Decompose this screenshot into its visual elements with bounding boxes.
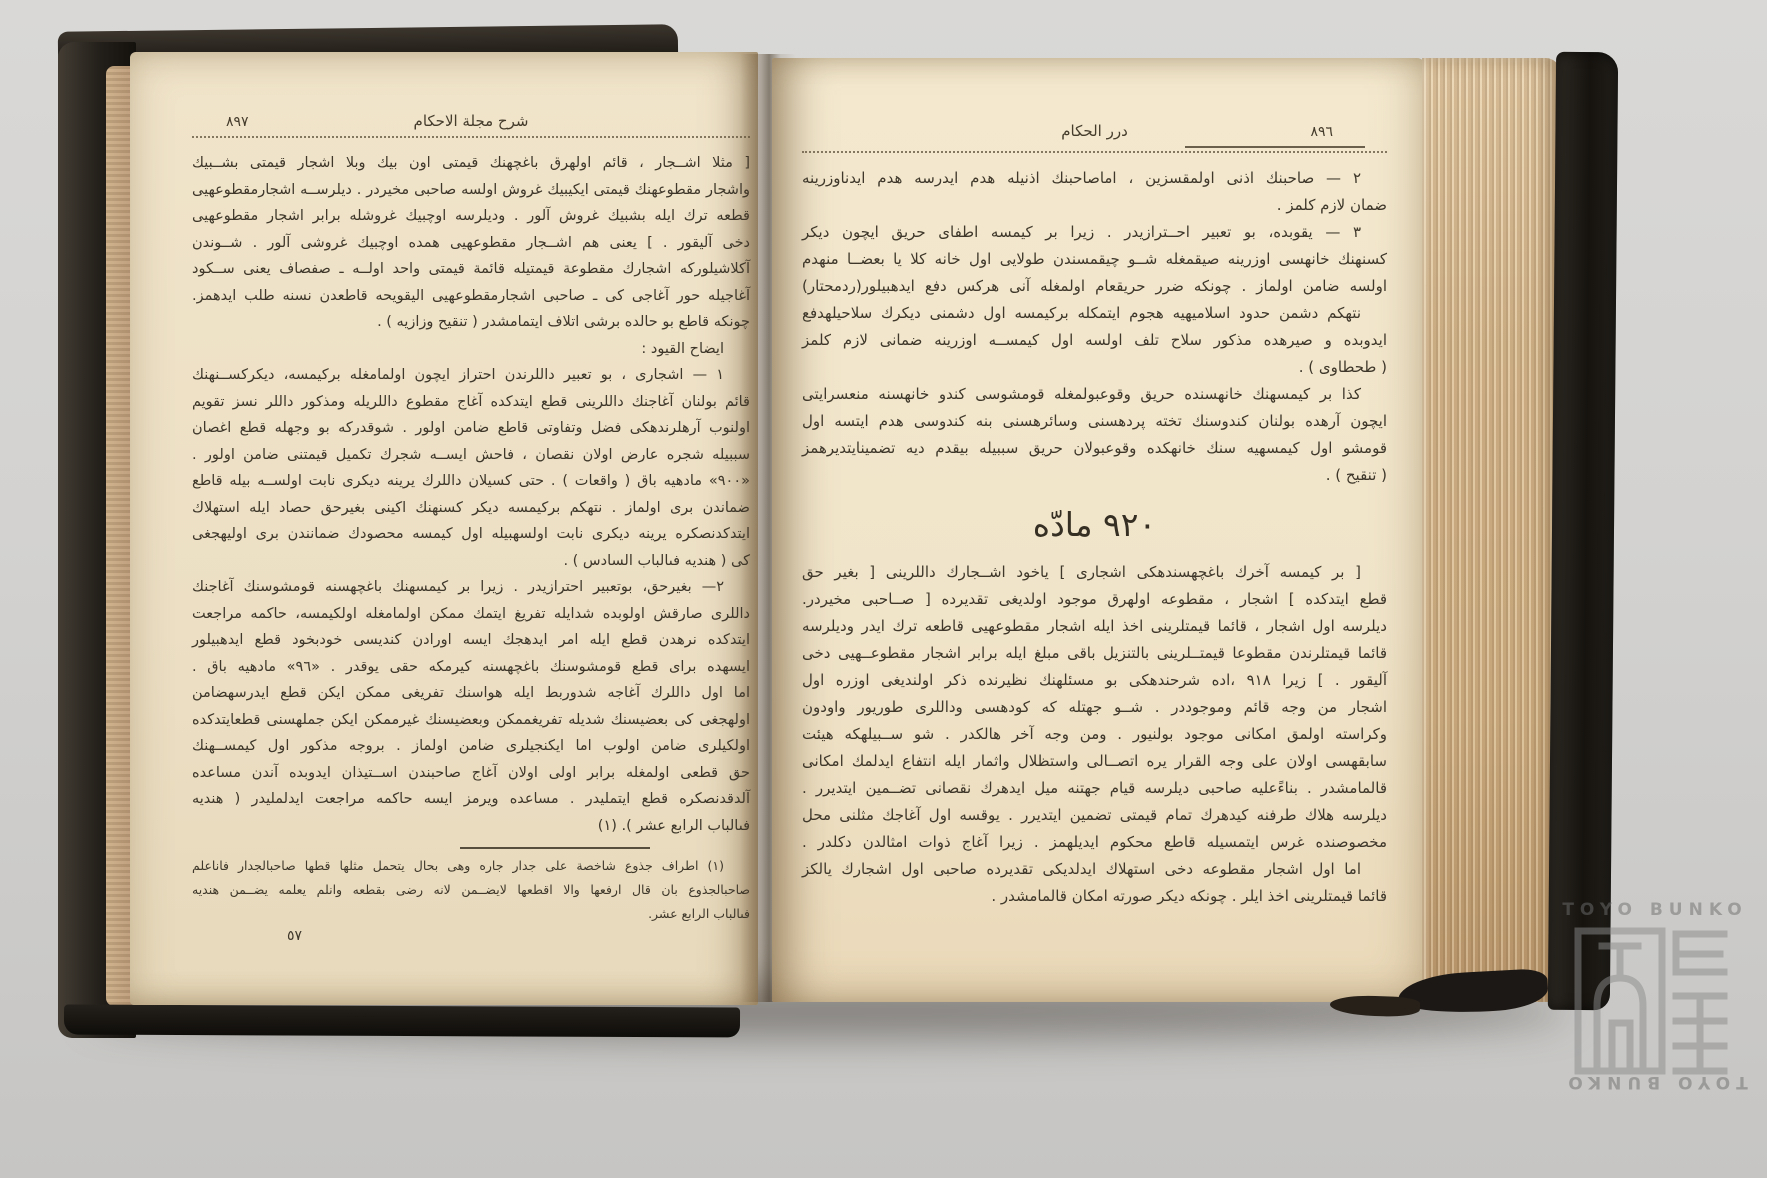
text-line: اولنوب آرهلرندهكى فضل وتفاوتى قاطع ضامن … xyxy=(192,415,750,442)
text-line: قائم بولنان آغاجنك داللرينى قطع ايتدكده … xyxy=(192,389,750,416)
text-line: قومشو اول كيمسهيه سنك خانهكده وقوعبولان … xyxy=(802,435,1387,462)
watermark-text-bottom: TOYO BUNKO xyxy=(1552,1072,1758,1092)
text-line: ايتدكدنصكره يرينه ديكرى نابت اولسهبيله ا… xyxy=(192,521,750,548)
text-line: اولكيلرى ضامن اولوب اما ايكنجيلرى ضامن ا… xyxy=(192,733,750,760)
right-page-number: ٨٩٦ xyxy=(1310,124,1333,140)
text-line: ديلرسه اول اشجار ، قائما قيمتلرينى اخذ ا… xyxy=(802,613,1387,640)
book-cover-right-edge xyxy=(1548,52,1618,1011)
text-line: ضمان لازم كلمز . xyxy=(802,192,1387,219)
signature-number: ٥٧ xyxy=(192,928,750,944)
signature-value: ٥٧ xyxy=(287,928,302,944)
text-line: آكلاشيلوركه اشجارك مقطوعة قيمتيله قائمة … xyxy=(192,256,750,283)
book-cover-bottom-edge xyxy=(64,1005,740,1038)
text-line: (١) اطراف جذوع شاخصة على جدار جاره وهى ب… xyxy=(192,854,750,878)
text-line: ٣ — يقوبده، بو تعبير احــترازيدر . زيرا … xyxy=(802,219,1387,246)
text-line: قالمامشدر . بناءًعليه صاحبى ديلرسه قيام … xyxy=(802,775,1387,802)
text-line: وكراسته اولمق امكانى موجود بولنيور . ومن… xyxy=(802,721,1387,748)
footnote-rule xyxy=(460,847,650,849)
text-line: سببيله شجره عارض اولان نقصان ، فاحش ايسـ… xyxy=(192,442,750,469)
text-line: مخصوصنده غرس ايتمسيله قاطع محكوم ايديلهم… xyxy=(802,829,1387,856)
right-header-rule xyxy=(802,151,1387,153)
text-line: كسنهنك خانهسى اوزرينه صيقمغله شــو چيقمس… xyxy=(802,246,1387,273)
text-line: نتهكم دشمن حدود اسلاميهيه هجوم ايتمكله ب… xyxy=(802,300,1387,327)
text-line: قائما قيمتلرينى اخذ ايلر . چونكه ديكر صو… xyxy=(802,883,1387,910)
text-line: ( طحطاوى ) . xyxy=(802,354,1387,381)
text-line: آلدقدنصكره قطع ايتمليدر . مساعده ويرمز ا… xyxy=(192,786,750,813)
right-header-rule-short xyxy=(1185,146,1365,148)
text-line: اشجار من وجه قائم وموجوددر . شــو جهتله … xyxy=(802,694,1387,721)
text-line: قائما قيمتلرندن مقطوعا قيمتــلرينى بالتن… xyxy=(802,640,1387,667)
text-line: ٢— بغيرحق، بوتعبير احترازيدر . زيرا بر ك… xyxy=(192,574,750,601)
text-line: دخى آليقور . ] يعنى هم اشــجار مقطوعهيى … xyxy=(192,230,750,257)
text-line: آغاجيله حور آغاجى كى ـ صاحبى اشجارمقطوعه… xyxy=(192,283,750,310)
text-line: آليقور . ] زيرا ٩١٨ ،اده شرحندهكى بو مسئ… xyxy=(802,667,1387,694)
text-line: ( تنقيح ) . xyxy=(802,462,1387,489)
text-line: اما اول داللرك آغاجه شدوربط ايله هواسنك … xyxy=(192,680,750,707)
text-line: اولهجغى كى بعضيسنك شديله تفريغممكن وبعضي… xyxy=(192,707,750,734)
text-line: سابقهسى اولان على وجه القرار يره اتصــال… xyxy=(802,748,1387,775)
left-page-header: ٨٩٧ شرح مجلة الاحكام xyxy=(192,112,750,130)
page-edges-fore-edge xyxy=(1422,58,1560,1002)
text-line: فىالباب الرابع عشر. xyxy=(192,902,750,926)
text-line: چونكه قاطع بو حالده برشى اتلاف ايتمامشدر… xyxy=(192,309,750,336)
text-line: صاحبالجذوع بان قال ارفعها والا اقطعها لا… xyxy=(192,878,750,902)
left-header-rule xyxy=(192,136,750,138)
text-line: حق قطعى اولمغله برابر اولى اولان آغاج صا… xyxy=(192,760,750,787)
left-page: ٨٩٧ شرح مجلة الاحكام [ مثلا اشــجار ، قا… xyxy=(130,52,758,1005)
left-page-number: ٨٩٧ xyxy=(226,114,249,130)
text-line: ايضاح القيود : xyxy=(192,336,750,363)
text-line: ضماندن برى اولماز . نتهكم بركيمسه ديكر ك… xyxy=(192,495,750,522)
text-line: ايتدكده نرهدن قطع ايله امر ايدهجك ايسه ا… xyxy=(192,627,750,654)
text-line: ايدوبده و صيرهده مذكور سلاح تلف اولسه او… xyxy=(802,327,1387,354)
text-line: داللرى صارقش اولوبده شدايله تفريغ ايتمك … xyxy=(192,601,750,628)
left-page-body: [ مثلا اشــجار ، قائم اولهرق باغچهنك قيم… xyxy=(192,150,750,839)
text-line: [ مثلا اشــجار ، قائم اولهرق باغچهنك قيم… xyxy=(192,150,750,177)
text-line: [ بر كيمسه آخرك باغچهسندهكى اشجارى ] ياخ… xyxy=(802,559,1387,586)
text-line: كى ( هنديه فىالباب السادس ) . xyxy=(192,548,750,575)
text-line: ايچون آرهده بولنان كندوسنك تخته پردهسنى … xyxy=(802,408,1387,435)
right-page-body-top: ٢ — صاحبنك اذنى اولمقسزين ، اماصاحبنك اذ… xyxy=(802,165,1387,489)
text-line: «٩٠٠» مادهيه باق ( واقعات ) . حتى كسيلان… xyxy=(192,468,750,495)
right-page: درر الحكام ٨٩٦ ٢ — صاحبنك اذنى اولمقسزين… xyxy=(772,58,1425,1002)
text-line: ايسهده براى قطع قومشوسنك باغچهسنه كيرمكه… xyxy=(192,654,750,681)
text-line: اولسه ضامن اولماز . چونكه ضرر حريقعام او… xyxy=(802,273,1387,300)
text-line: واشجار مقطوعهنك قيمتى ايكيبيك غروش اولسه… xyxy=(192,177,750,204)
text-line: كذا بر كيمسهنك خانهسنده حريق وقوعبولمغله… xyxy=(802,381,1387,408)
article-920-heading: ٩٢٠ مادّه xyxy=(802,489,1387,559)
left-page-footnote: (١) اطراف جذوع شاخصة على جدار جاره وهى ب… xyxy=(192,854,750,926)
text-line: ٢ — صاحبنك اذنى اولمقسزين ، اماصاحبنك اذ… xyxy=(802,165,1387,192)
right-page-title: درر الحكام xyxy=(1061,122,1128,140)
text-line: اما اول اشجار مقطوعه دخى استهلاك ايدلديك… xyxy=(802,856,1387,883)
text-line: قطعه ترك ايله بشبيك غروش آلور . وديلرسه … xyxy=(192,203,750,230)
right-page-header: درر الحكام ٨٩٦ xyxy=(802,122,1387,140)
left-page-title: شرح مجلة الاحكام xyxy=(414,112,529,130)
text-line: ديلرسه هلاك طرفنه كيدهرك تمام قيمتى تضمي… xyxy=(802,802,1387,829)
photo-scene: ٨٩٧ شرح مجلة الاحكام [ مثلا اشــجار ، قا… xyxy=(0,0,1767,1178)
text-line: فىالباب الرابع عشر ). (١) xyxy=(192,813,750,840)
right-page-body-bottom: [ بر كيمسه آخرك باغچهسندهكى اشجارى ] ياخ… xyxy=(802,559,1387,910)
text-line: قطع ايتدكده ] اشجار ، مقطوعه اولهرق موجو… xyxy=(802,586,1387,613)
text-line: ١ — اشجارى ، بو تعبير داللرندن احتراز اي… xyxy=(192,362,750,389)
